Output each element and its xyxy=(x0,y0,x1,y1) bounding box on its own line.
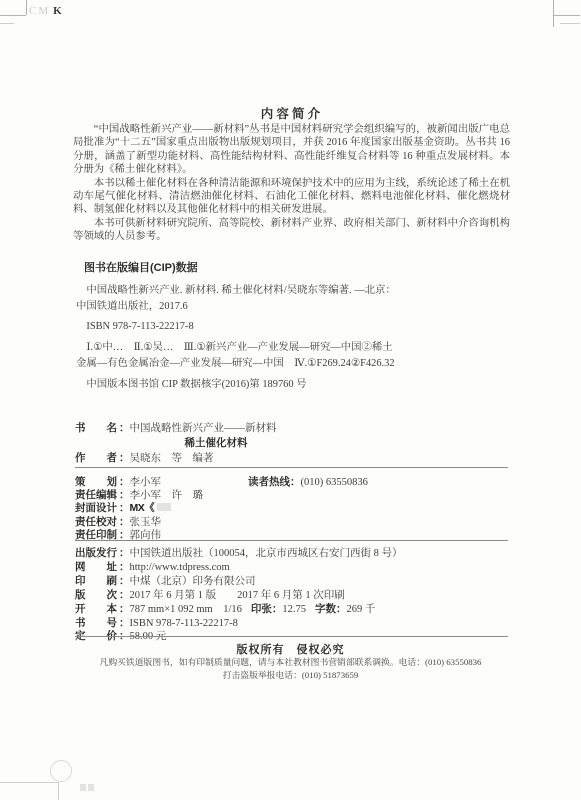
website-row: 网 址：http://www.tdpress.com xyxy=(75,561,508,575)
series-title: 中国战略性新兴产业——新材料 xyxy=(130,423,277,434)
editor-value: 李小军 许 璐 xyxy=(130,490,204,501)
cover-design-logo: MX《 xyxy=(130,502,155,514)
author-row: 作 者：吴晓东 等 编著 xyxy=(75,451,508,466)
label-colon: ： xyxy=(290,476,301,488)
divider-rule xyxy=(75,540,508,541)
planner-value: 李小军 xyxy=(130,477,162,488)
hotline-number: (010) 63550836 xyxy=(301,477,368,488)
summary-paragraph: 本书可供新材料研究院所、高等院校、新材料产业界、政府相关部门、新材料中介咨询机构… xyxy=(73,217,510,244)
crop-mark-topleft-h2 xyxy=(0,23,14,24)
cover-design-label: 封面设计 xyxy=(75,502,119,515)
summary-paragraph: 本书以稀土催化材料在各种清洁能源和环境保护技术中的应用为主线，系统论述了稀土在机… xyxy=(73,177,510,217)
planner-row: 策 划：李小军 读者热线：(010) 63550836 xyxy=(75,476,508,489)
edition-row: 版 次：2017 年 6 月第 1 版 2017 年 6 月第 1 次印刷 xyxy=(75,589,508,603)
label-colon: ： xyxy=(119,575,130,587)
label-colon: ： xyxy=(119,476,130,488)
crop-mark-topright-h2 xyxy=(560,23,580,24)
book-title-row: 书 名：中国战略性新兴产业——新材料稀土催化材料 xyxy=(75,421,508,451)
book-number-value: ISBN 978-7-113-22217-8 xyxy=(130,618,238,629)
cmyk-cm-text: CM xyxy=(29,5,50,17)
editor-label: 责任编辑 xyxy=(75,489,119,502)
content-summary-body: “中国战略性新兴产业——新材料”丛书是中国材料研究学会组织编写的，被新闻出版广电… xyxy=(73,123,510,244)
label-colon: ： xyxy=(272,603,283,615)
publisher-value: 中国铁道出版社（100054，北京市西城区右安门西街 8 号） xyxy=(130,548,403,559)
author-label: 作 者 xyxy=(75,451,119,466)
label-colon: ： xyxy=(119,547,130,559)
label-colon: ： xyxy=(336,603,347,615)
reader-hotline: 读者热线：(010) 63550836 xyxy=(248,476,368,489)
sheets-label: 印张 xyxy=(251,603,272,615)
copyright-page: CMK 内 容 简 介 “中国战略性新兴产业——新材料”丛书是中国材料研究学会组… xyxy=(0,0,581,800)
cip-title-line2: 中国铁道出版社，2017.6 xyxy=(76,299,422,315)
cip-heading: 图书在版编目(CIP)数据 xyxy=(84,259,198,275)
registration-circle-mark xyxy=(50,760,72,782)
label-colon: ： xyxy=(119,452,130,464)
book-title-label: 书 名 xyxy=(75,421,119,436)
author-value: 吴晓东 等 编著 xyxy=(130,453,214,464)
copyright-notice: 版权所有 侵权必究 xyxy=(0,641,581,657)
cip-isbn: ISBN 978-7-113-22217-8 xyxy=(76,319,422,335)
book-number-label: 书 号 xyxy=(75,617,119,630)
faded-print-glyph xyxy=(88,784,94,791)
proofreader-value: 张玉华 xyxy=(130,517,162,528)
crop-mark-topleft-v xyxy=(26,0,27,15)
editorial-group: 策 划：李小军 读者热线：(010) 63550836 责任编辑：李小军 许 璐… xyxy=(75,476,508,542)
publisher-label: 出版发行 xyxy=(75,547,119,560)
crop-mark-bottomleft-v xyxy=(58,782,59,800)
content-summary-heading: 内 容 简 介 xyxy=(0,104,581,122)
book-number-row: 书 号：ISBN 978-7-113-22217-8 xyxy=(75,617,508,631)
label-colon: ： xyxy=(119,617,130,629)
website-url: http://www.tdpress.com xyxy=(130,562,230,573)
publisher-row: 出版发行：中国铁道出版社（100054，北京市西城区右安门西街 8 号） xyxy=(75,547,508,561)
crop-mark-topright-v xyxy=(553,0,554,27)
cmyk-ink-mark: CMK xyxy=(29,5,64,17)
editor-row: 责任编辑：李小军 许 璐 xyxy=(75,489,508,502)
crop-mark-topright-h1 xyxy=(553,15,580,16)
proofreader-label: 责任校对 xyxy=(75,516,119,529)
cip-block: 中国战略性新兴产业. 新材料. 稀土催化材料/吴晓东等编著. —北京： 中国铁道… xyxy=(76,283,422,393)
label-colon: ： xyxy=(119,502,130,514)
label-colon: ： xyxy=(119,561,130,573)
cip-classification-line2: 金属—有色金属冶金—产业发展—研究—中国 Ⅳ.①F269.24②F426.32 xyxy=(76,356,422,372)
cip-title-line1: 中国战略性新兴产业. 新材料. 稀土催化材料/吴晓东等编著. —北京： xyxy=(76,283,422,299)
cmyk-k-text: K xyxy=(53,5,64,17)
exchange-notice-line: 凡购买铁道版图书，如有印制质量问题，请与本社教材图书营销部联系调换。电话：(01… xyxy=(40,656,541,669)
faded-studio-stamp xyxy=(157,503,171,511)
copyright-details: 凡购买铁道版图书，如有印制质量问题，请与本社教材图书营销部联系调换。电话：(01… xyxy=(40,656,541,682)
book-title-group: 书 名：中国战略性新兴产业——新材料稀土催化材料 作 者：吴晓东 等 编著 xyxy=(75,421,508,466)
format-value: 787 mm×1 092 mm 1/16 xyxy=(130,604,242,615)
book-subtitle: 稀土催化材料 xyxy=(185,437,248,449)
piracy-hotline-line: 打击盗版举报电话：(010) 51873659 xyxy=(40,669,541,682)
website-label: 网 址 xyxy=(75,561,119,574)
label-colon: ： xyxy=(119,489,130,501)
printer-label: 印 刷 xyxy=(75,575,119,588)
crop-mark-bottomleft-h xyxy=(0,782,58,783)
crop-mark-topleft-h xyxy=(0,15,26,16)
word-count-label: 字数 xyxy=(315,603,336,615)
faded-print-glyph xyxy=(80,784,86,791)
divider-rule xyxy=(75,467,508,468)
proofreader-row: 责任校对：张玉华 xyxy=(75,516,508,529)
word-count-value: 269 千 xyxy=(347,604,376,615)
divider-rule xyxy=(75,636,508,637)
edition-value: 2017 年 6 月第 1 版 2017 年 6 月第 1 次印刷 xyxy=(130,590,345,601)
label-colon: ： xyxy=(119,529,130,541)
label-colon: ： xyxy=(119,589,130,601)
hotline-label: 读者热线 xyxy=(248,476,290,488)
summary-paragraph: “中国战略性新兴产业——新材料”丛书是中国材料研究学会组织编写的，被新闻出版广电… xyxy=(73,123,510,177)
label-colon: ： xyxy=(119,603,130,615)
sheets-value: 12.75 xyxy=(282,604,306,615)
printer-value: 中煤（北京）印务有限公司 xyxy=(130,576,256,587)
edition-label: 版 次 xyxy=(75,589,119,602)
label-colon: ： xyxy=(119,422,130,434)
format-row: 开 本：787 mm×1 092 mm 1/16印张：12.75字数：269 千 xyxy=(75,603,508,617)
planner-label: 策 划 xyxy=(75,476,119,489)
cover-design-row: 封面设计：MX《 xyxy=(75,502,508,515)
cip-record-number: 中国版本图书馆 CIP 数据核字(2016)第 189760 号 xyxy=(76,377,422,393)
cip-classification-line1: Ⅰ.①中… Ⅱ.①吴… Ⅲ.①新兴产业—产业发展—研究—中国②稀土 xyxy=(76,340,422,356)
label-colon: ： xyxy=(119,516,130,528)
publication-group: 出版发行：中国铁道出版社（100054，北京市西城区右安门西街 8 号） 网 址… xyxy=(75,547,508,644)
printer-row: 印 刷：中煤（北京）印务有限公司 xyxy=(75,575,508,589)
format-label: 开 本 xyxy=(75,603,119,616)
